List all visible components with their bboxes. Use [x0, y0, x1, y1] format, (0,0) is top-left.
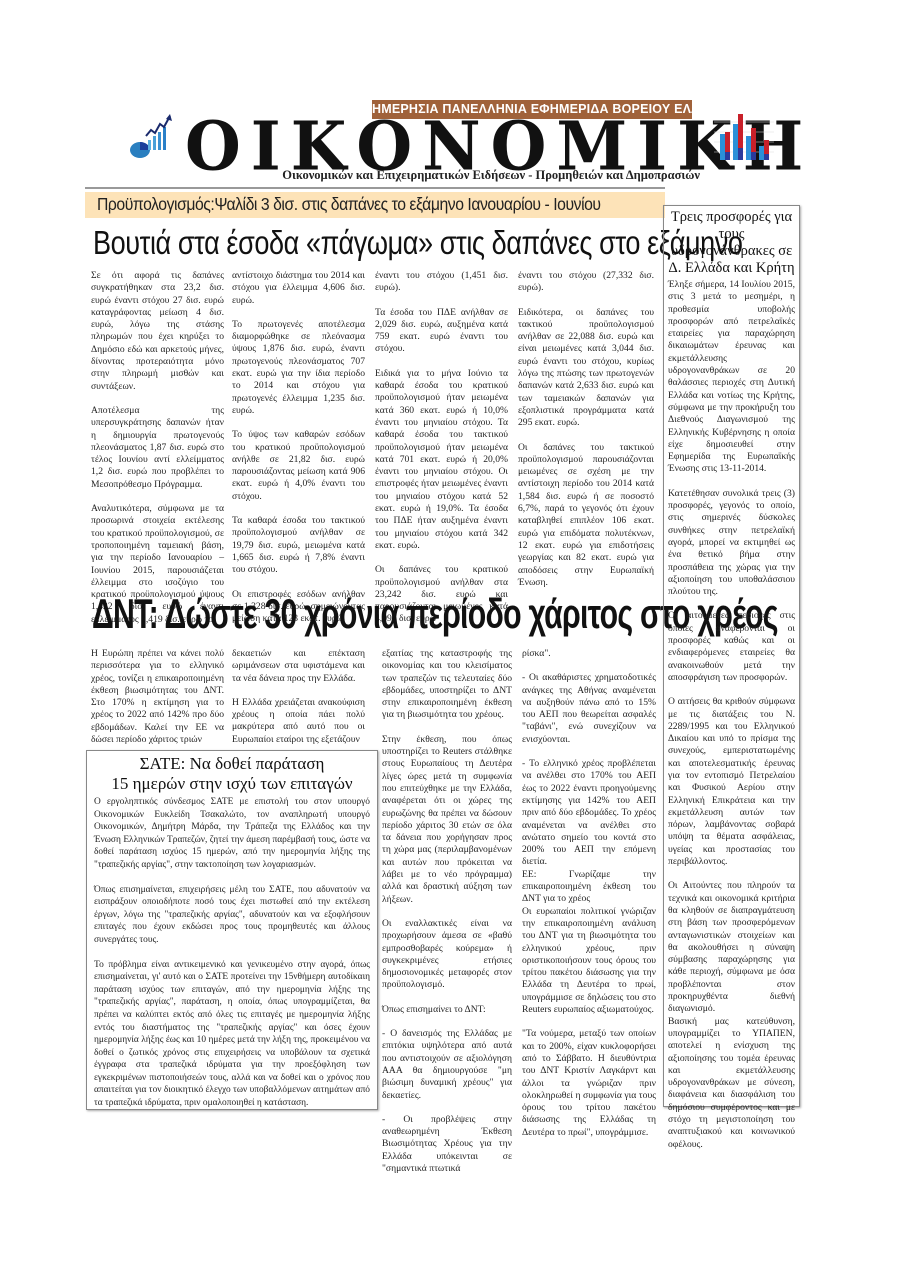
paragraph: Ειδικά για το μήνα Ιούνιο τα καθαρά έσοδ… [375, 368, 508, 552]
paragraph: - Ο δανεισμός της Ελλάδας με επιτόκια υψ… [382, 1028, 512, 1102]
sate-headline: ΣΑΤΕ: Να δοθεί παράταση 15 ημερών στην ι… [87, 754, 377, 794]
sidebar-article-box: Τρεις προσφορές για τους υδρογονάνθρακες… [663, 205, 800, 1107]
paragraph: εξαιτίας της καταστροφής της οικονομίας … [382, 648, 512, 722]
article1-headline: Βουτιά στα έσοδα «πάγωμα» στις δαπάνες σ… [93, 224, 560, 262]
article1-column-1: Σε ότι αφορά τις δαπάνες συγκρατήθηκαν σ… [91, 270, 224, 638]
paragraph: έναντι του στόχου (1,451 δισ. ευρώ). [375, 270, 508, 295]
sate-headline-line2: 15 ημερών στην ισχύ των επιταγών [87, 774, 377, 794]
paragraph: Οι ευρωπαίοι πολιτικοί γνώριζαν την επικ… [522, 906, 656, 1017]
paragraph: Ο αιτήσεις θα κριθούν σύμφωνα με τις δια… [668, 696, 795, 868]
sate-body: Ο εργοληπτικός σύνδεσμος ΣΑΤΕ με επιστολ… [87, 794, 377, 1124]
sidebar-body: Έληξε σήμερα, 14 Ιουλίου 2015, στις 3 με… [664, 279, 799, 1151]
paragraph: Η Ελλάδα χρειάζεται ανακούφιση χρέους η … [232, 697, 365, 746]
paragraph: ΕΕ: Γνωρίζαμε την επικαιροποιημένη έκθεσ… [522, 869, 656, 906]
paragraph: Οι αιτούμενες περιοχές στις οποίες αναφέ… [668, 610, 795, 684]
paragraph: Όπως επισημαίνεται, επιχειρήσεις μέλη το… [94, 884, 370, 947]
masthead-divider [85, 187, 665, 189]
paragraph: ρίσκα". [522, 648, 656, 660]
paragraph: Στην έκθεση, που όπως υποστηρίζει το Reu… [382, 734, 512, 906]
paragraph: Οι δαπάνες του τακτικού προϋπολογισμού π… [518, 442, 654, 590]
sidebar-headline: Τρεις προσφορές για τους υδρογονάνθρακες… [668, 209, 795, 277]
paragraph: Τα έσοδα του ΠΔΕ ανήλθαν σε 2,029 δισ. ε… [375, 307, 508, 356]
paragraph: Τα καθαρά έσοδα του τακτικού προϋπολογισ… [232, 515, 365, 576]
paragraph: δεκαετιών και επέκταση ωριμάνσεων στα υφ… [232, 648, 365, 685]
growth-chart-icon [128, 112, 176, 160]
article2-column-4: ρίσκα". - Οι ακαθάριστες χρηματοδοτικές … [522, 648, 656, 1151]
sate-article-box: ΣΑΤΕ: Να δοθεί παράταση 15 ημερών στην ι… [86, 750, 378, 1110]
masthead-subtitle: Οικονομικών και Επιχειρηματικών Ειδήσεων… [190, 168, 700, 183]
article2-column-2: δεκαετιών και επέκταση ωριμάνσεων στα υφ… [232, 648, 365, 758]
paragraph: Οι Αιτούντες που πληρούν τα τεχνικά και … [668, 880, 795, 1015]
article1-column-4: έναντι του στόχου (27,332 δισ. ευρώ). Ει… [518, 270, 654, 601]
article2-headline: ΔΝΤ: Δώστε 30 χρόνια περίοδο χάριτος στο… [92, 590, 502, 638]
paragraph: Το πρόβλημα είναι αντικειμενικό και γενι… [94, 959, 370, 1110]
article2-column-3: εξαιτίας της καταστροφής της οικονομίας … [382, 648, 512, 1187]
paragraph: Το ύψος των καθαρών εσόδων του κρατικού … [232, 429, 365, 503]
paragraph: αντίστοιχο διάστημα του 2014 και στόχου … [232, 270, 365, 307]
article2-column-1: Η Ευρώπη πρέπει να κάνει πολύ περισσότερ… [91, 648, 224, 758]
paragraph: έναντι του στόχου (27,332 δισ. ευρώ). [518, 270, 654, 295]
paragraph: Το πρωτογενές αποτέλεσμα διαμορφώθηκε σε… [232, 319, 365, 417]
bar-chart-icon [712, 112, 777, 162]
paragraph: - Οι προβλέψεις στην αναθεωρημένη Έκθεση… [382, 1114, 512, 1175]
banner-text: Προϋπολογισμός:Ψαλίδι 3 δισ. στις δαπάνε… [97, 194, 601, 215]
paragraph: Ο εργοληπτικός σύνδεσμος ΣΑΤΕ με επιστολ… [94, 796, 370, 872]
paragraph: Αποτέλεσμα της υπερσυγκράτησης δαπανών ή… [91, 405, 224, 491]
paragraph: Έληξε σήμερα, 14 Ιουλίου 2015, στις 3 με… [668, 279, 795, 476]
paragraph: Η Ευρώπη πρέπει να κάνει πολύ περισσότερ… [91, 648, 224, 746]
section-banner: Προϋπολογισμός:Ψαλίδι 3 δισ. στις δαπάνε… [85, 192, 665, 218]
paragraph: Οι εναλλακτικές είναι να προχωρήσουν άμε… [382, 918, 512, 992]
article1-column-3: έναντι του στόχου (1,451 δισ. ευρώ). Τα … [375, 270, 508, 638]
paragraph: Ειδικότερα, οι δαπάνες του τακτικού προϋ… [518, 307, 654, 430]
paragraph: Σε ότι αφορά τις δαπάνες συγκρατήθηκαν σ… [91, 270, 224, 393]
paragraph: Όπως επισημαίνει το ΔΝΤ: [382, 1004, 512, 1016]
paragraph: - Οι ακαθάριστες χρηματοδοτικές ανάγκες … [522, 672, 656, 746]
paragraph: Βασική μας κατεύθυνση, υπογραμμίζει το Υ… [668, 1016, 795, 1151]
paragraph: - Το ελληνικό χρέος προβλέπεται να ανέλθ… [522, 758, 656, 869]
paragraph: "Τα νούμερα, μεταξύ των οποίων και το 20… [522, 1028, 656, 1139]
sate-headline-line1: ΣΑΤΕ: Να δοθεί παράταση [87, 754, 377, 774]
paragraph: Κατετέθησαν συνολικά τρεις (3) προσφορές… [668, 488, 795, 599]
article1-column-2: αντίστοιχο διάστημα του 2014 και στόχου … [232, 270, 365, 637]
